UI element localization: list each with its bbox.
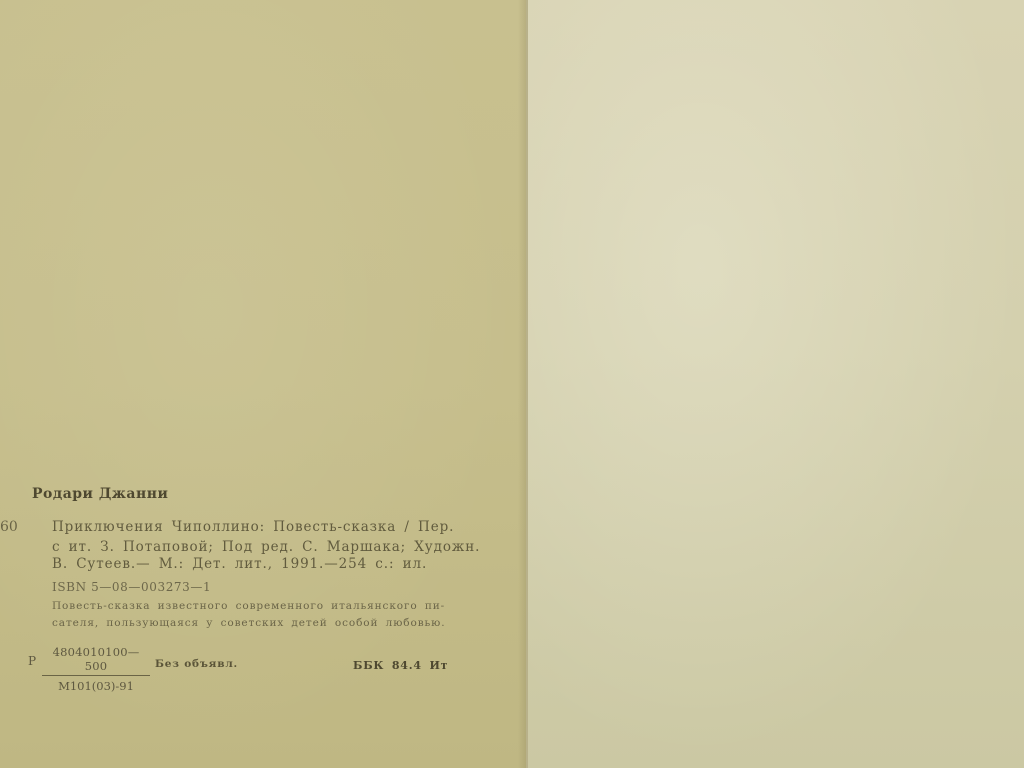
bibliographic-line-3: В. Сутеев.— М.: Дет. лит., 1991.—254 с.:… xyxy=(52,558,427,572)
price-code-numerator: 4804010100—500 xyxy=(42,645,150,676)
right-page-blank xyxy=(526,0,1024,768)
left-page: Родари Джанни 60 Приключения Чиполлино: … xyxy=(0,0,526,768)
description-line-2: сателя, пользующаяся у советских детей о… xyxy=(52,618,445,629)
book-spread: Родари Джанни 60 Приключения Чиполлино: … xyxy=(0,0,1024,768)
author-name: Родари Джанни xyxy=(32,487,168,501)
index-number: 60 xyxy=(0,520,18,534)
bibliographic-line-2: с ит. З. Потаповой; Под ред. С. Маршака;… xyxy=(52,541,480,555)
price-code-denominator: М101(03)-91 xyxy=(42,676,150,693)
price-prefix: Р xyxy=(28,655,36,667)
price-code-fraction: 4804010100—500 М101(03)-91 xyxy=(42,645,150,693)
bibliographic-line-1: Приключения Чиполлино: Повесть-сказка / … xyxy=(52,521,454,535)
description-line-1: Повесть-сказка известного современного и… xyxy=(52,601,445,612)
classification-code: ББК 84.4 Ит xyxy=(353,660,448,671)
price-note: Без объявл. xyxy=(155,659,238,670)
isbn: ISBN 5—08—003273—1 xyxy=(52,581,211,593)
